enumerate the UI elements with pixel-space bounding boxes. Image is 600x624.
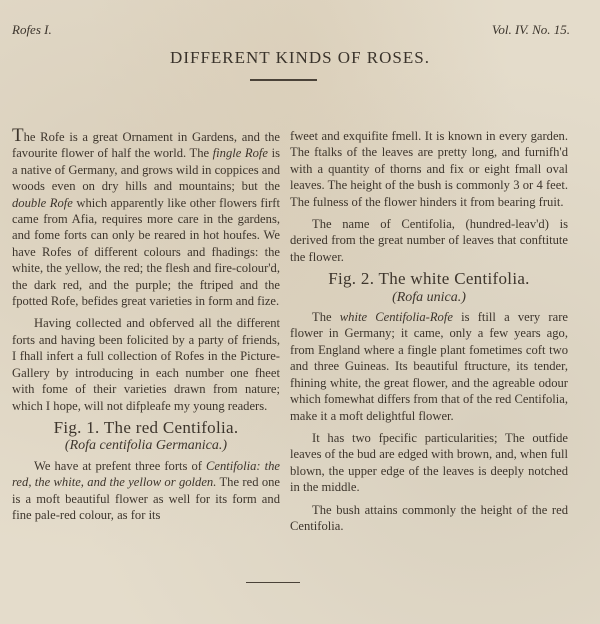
fig2-latin-name: (Rofa unica.) [290,290,568,306]
intro-paragraph: The Rofe is a great Ornament in Gardens,… [12,128,280,309]
fig2-heading: Fig. 2. The white Centifolia. [290,271,568,287]
left-column: The Rofe is a great Ornament in Gardens,… [12,128,280,529]
fig1-heading: Fig. 1. The red Centifolia. [12,420,280,436]
page-title: DIFFERENT KINDS OF ROSES. [0,48,600,68]
italic-term: fingle Rofe [213,146,268,160]
continuation-paragraph: fweet and exquifite fmell. It is known i… [290,128,568,210]
name-paragraph: The name of Centifolia, (hundred-leav'd)… [290,216,568,265]
particularities-paragraph: It has two fpecific particularities; The… [290,430,568,496]
fig1-latin-name: (Rofa centifolia Germanica.) [12,438,280,454]
italic-term: double Rofe [12,196,73,210]
text-run: is ftill a very rare flower in Germany; … [290,310,568,422]
right-column: fweet and exquifite fmell. It is known i… [290,128,568,540]
text-run: The [312,310,340,324]
fig1-paragraph: We have at prefent three forts of Centif… [12,458,280,524]
title-rule [250,79,317,81]
bottom-rule [246,582,300,583]
text-run: which apparently like other flowers firf… [12,196,280,308]
text-run: We have at prefent three forts of [34,459,206,473]
collection-paragraph: Having collected and obferved all the di… [12,315,280,413]
height-paragraph: The bush attains commonly the height of … [290,502,568,535]
italic-term: white Centifolia-Rofe [340,310,453,324]
running-head-right: Vol. IV. No. 15. [492,22,570,38]
drop-cap: T [12,125,24,146]
fig2-paragraph: The white Centifolia-Rofe is ftill a ver… [290,309,568,424]
running-head-left: Rofes I. [12,22,52,38]
